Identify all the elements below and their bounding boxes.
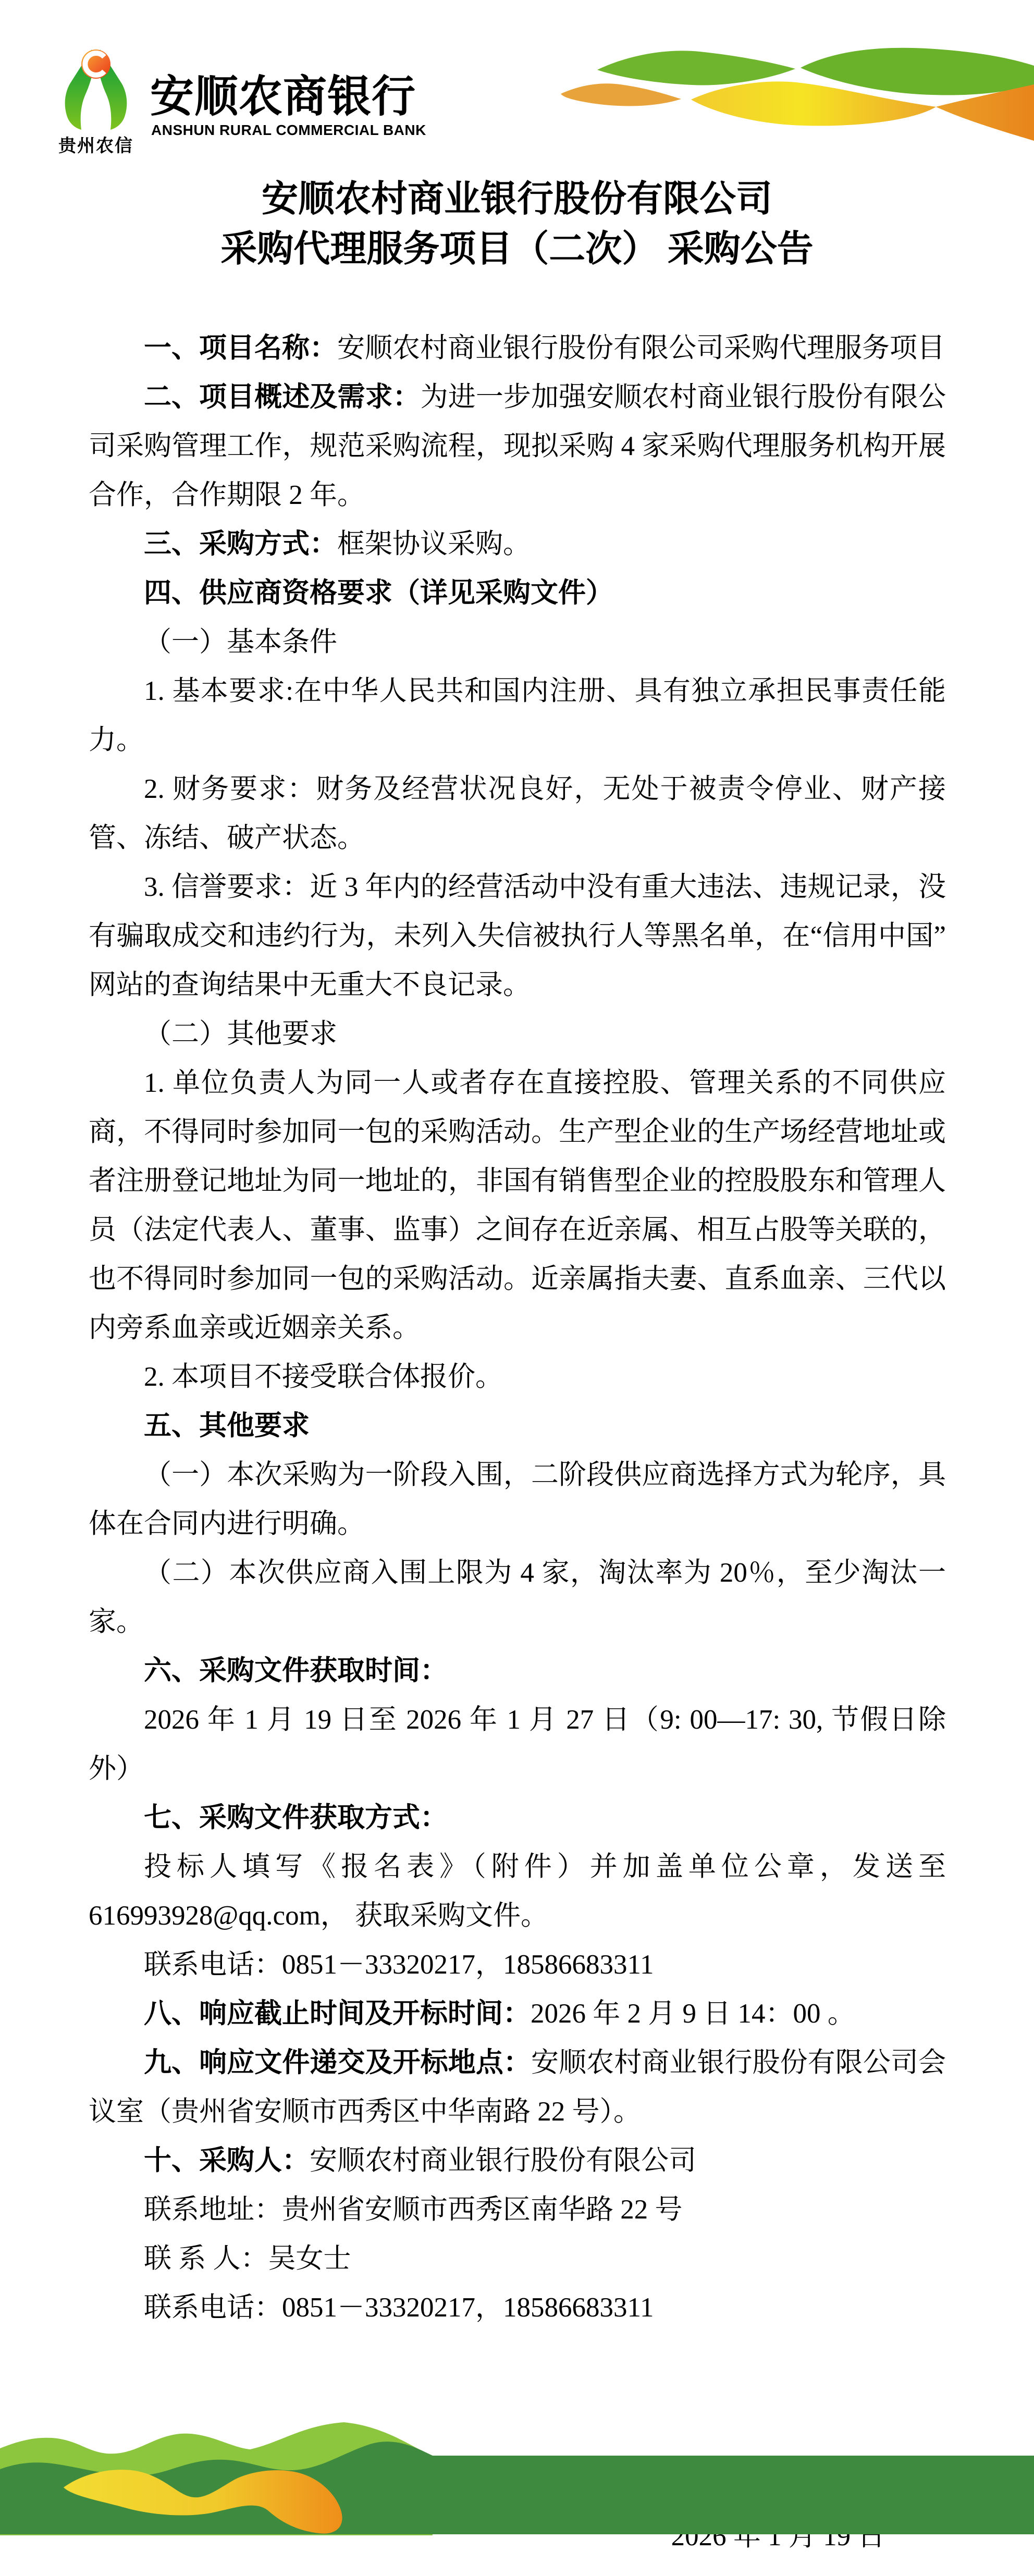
paragraph-text: 1. 单位负责人为同一人或者存在直接控股、管理关系的不同供应商，不得同时参加同一…: [89, 1068, 946, 1343]
paragraph: 联 系 人：吴女士: [89, 2234, 946, 2283]
paragraph-text: 2026 年 2 月 9 日 14：00 。: [531, 1999, 855, 2029]
paragraph: 3. 信誉要求：近 3 年内的经营活动中没有重大违法、违规记录，没有骗取成交和违…: [89, 862, 946, 1009]
paragraph-lead: 三、采购方式：: [144, 529, 337, 559]
paragraph: 投标人填写《报名表》（附件）并加盖单位公章，发送至 616993928@qq.c…: [89, 1842, 946, 1940]
footer-landscape-graphic: [0, 2408, 1034, 2535]
paragraph: 联系电话：0851－33320217，18586683311: [89, 1940, 946, 1989]
paragraph: 二、项目概述及需求：为进一步加强安顺农村商业银行股份有限公司采购管理工作，规范采…: [89, 373, 946, 520]
paragraph-text: 框架协议采购。: [337, 529, 531, 559]
paragraph-text: （一）本次采购为一阶段入围，二阶段供应商选择方式为轮序，具体在合同内进行明确。: [89, 1460, 946, 1539]
paragraph-text: 联系电话：0851－33320217，18586683311: [144, 1950, 654, 1980]
paragraph-text: 安顺农村商业银行股份有限公司采购代理服务项目: [337, 333, 945, 363]
paragraph-lead: 五、其他要求: [144, 1411, 310, 1441]
paragraph-lead: 二、项目概述及需求：: [144, 382, 421, 412]
paragraph-text: 2026 年 1 月 19 日至 2026 年 1 月 27 日（9: 00—1…: [89, 1705, 946, 1784]
header: 贵州农信 安顺农商银行 ANSHUN RURAL COMMERCIAL BANK: [0, 0, 1034, 156]
paragraph-text: 联系地址：贵州省安顺市西秀区南华路 22 号: [144, 2195, 683, 2225]
paragraph: （一）基本条件: [89, 618, 946, 667]
paragraph: （二）本次供应商入围上限为 4 家，淘汰率为 20％，至少淘汰一家。: [89, 1548, 946, 1646]
paragraph: 联系地址：贵州省安顺市西秀区南华路 22 号: [89, 2185, 946, 2234]
paragraph-text: 2. 财务要求：财务及经营状况良好，无处于被责令停业、财产接管、冻结、破产状态。: [89, 774, 946, 853]
logo-subtext: 贵州农信: [58, 131, 137, 157]
page: 贵州农信 安顺农商银行 ANSHUN RURAL COMMERCIAL BANK: [0, 0, 1034, 2576]
paragraph-text: （二）其他要求: [144, 1019, 337, 1049]
paragraph-text: 投标人填写《报名表》（附件）并加盖单位公章，发送至 616993928@qq.c…: [89, 1852, 946, 1931]
document-title: 安顺农村商业银行股份有限公司 采购代理服务项目（二次） 采购公告: [0, 175, 1034, 275]
paragraph-lead: 四、供应商资格要求（详见采购文件）: [144, 578, 613, 608]
paragraph: 九、响应文件递交及开标地点：安顺农村商业银行股份有限公司会议室（贵州省安顺市西秀…: [89, 2038, 946, 2136]
paragraph-text: 2. 本项目不接受联合体报价。: [144, 1362, 503, 1392]
paragraph: 六、采购文件获取时间：: [89, 1646, 946, 1695]
rural-credit-emblem-icon: [63, 43, 129, 131]
paragraph: 1. 基本要求:在中华人民共和国内注册、具有独立承担民事责任能力。: [89, 667, 946, 765]
paragraph: 2026 年 1 月 19 日至 2026 年 1 月 27 日（9: 00—1…: [89, 1695, 946, 1793]
paragraph: 十、采购人：安顺农村商业银行股份有限公司: [89, 2136, 946, 2185]
paragraph: 2. 财务要求：财务及经营状况良好，无处于被责令停业、财产接管、冻结、破产状态。: [89, 765, 946, 862]
paragraph-lead: 十、采购人：: [144, 2146, 310, 2176]
paragraph: 一、项目名称：安顺农村商业银行股份有限公司采购代理服务项目: [89, 324, 946, 373]
paragraph-lead: 七、采购文件获取方式：: [144, 1803, 448, 1833]
title-line2: 采购代理服务项目（二次） 采购公告: [0, 225, 1034, 275]
paragraph: 八、响应截止时间及开标时间：2026 年 2 月 9 日 14：00 。: [89, 1989, 946, 2038]
paragraph-lead: 九、响应文件递交及开标地点：: [144, 2048, 531, 2078]
paragraph-lead: 一、项目名称：: [144, 333, 337, 363]
paragraph: 七、采购文件获取方式：: [89, 1793, 946, 1842]
paragraph: （一）本次采购为一阶段入围，二阶段供应商选择方式为轮序，具体在合同内进行明确。: [89, 1450, 946, 1548]
paragraph: 四、供应商资格要求（详见采购文件）: [89, 569, 946, 618]
paragraph-text: （一）基本条件: [144, 627, 337, 657]
paragraph: （二）其他要求: [89, 1009, 946, 1058]
paragraph: 2. 本项目不接受联合体报价。: [89, 1352, 946, 1401]
title-line1: 安顺农村商业银行股份有限公司: [0, 175, 1034, 225]
body: 一、项目名称：安顺农村商业银行股份有限公司采购代理服务项目二、项目概述及需求：为…: [89, 324, 946, 2332]
bank-name-cn: 安顺农商银行: [150, 61, 416, 125]
paragraph-lead: 六、采购文件获取时间：: [144, 1656, 448, 1686]
paragraph-lead: 八、响应截止时间及开标时间：: [144, 1999, 531, 2029]
paragraph-text: 联系电话：0851－33320217，18586683311: [144, 2292, 654, 2323]
paragraph: 联系电话：0851－33320217，18586683311: [89, 2283, 946, 2332]
paragraph-text: 1. 基本要求:在中华人民共和国内注册、具有独立承担民事责任能力。: [89, 676, 946, 755]
paragraph: 五、其他要求: [89, 1401, 946, 1450]
paragraph-text: 安顺农村商业银行股份有限公司: [310, 2146, 696, 2176]
paragraph-text: （二）本次供应商入围上限为 4 家，淘汰率为 20％，至少淘汰一家。: [89, 1558, 946, 1637]
paragraph: 三、采购方式：框架协议采购。: [89, 520, 946, 569]
bank-name-en: ANSHUN RURAL COMMERCIAL BANK: [151, 122, 426, 139]
paragraph: 1. 单位负责人为同一人或者存在直接控股、管理关系的不同供应商，不得同时参加同一…: [89, 1058, 946, 1352]
paragraph-text: 联 系 人：吴女士: [144, 2244, 351, 2274]
paragraph-text: 3. 信誉要求：近 3 年内的经营活动中没有重大违法、违规记录，没有骗取成交和违…: [89, 872, 946, 1000]
header-wave-graphic: [547, 26, 1034, 156]
